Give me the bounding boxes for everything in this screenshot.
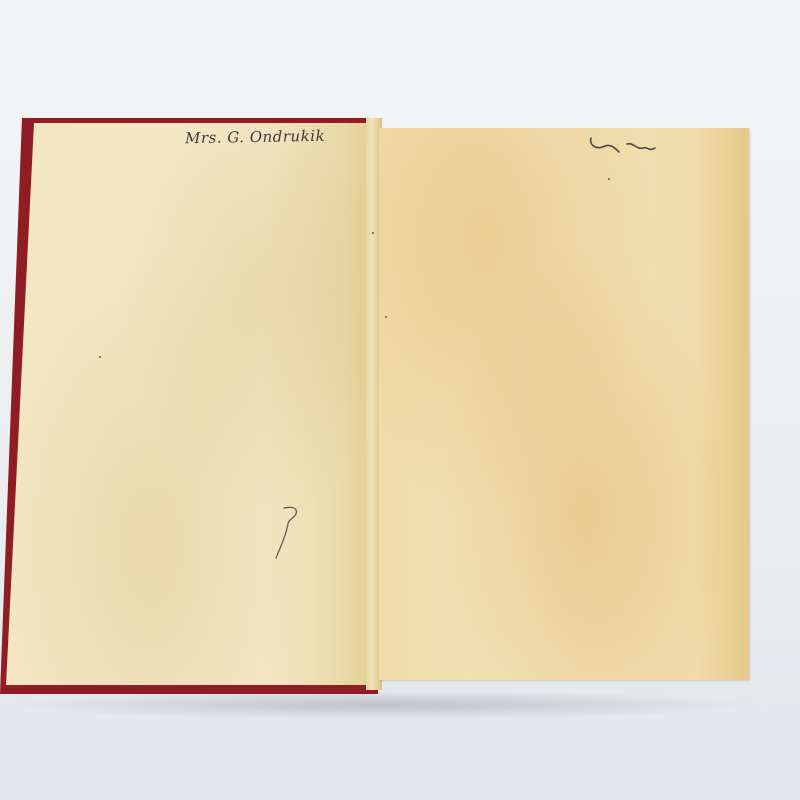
paper-speck xyxy=(385,316,387,318)
owner-inscription: Mrs. G. Ondrukik xyxy=(185,127,325,147)
paper-speck xyxy=(608,178,610,180)
left-endpaper xyxy=(6,123,374,685)
pencil-mark-icon xyxy=(270,502,305,562)
pencil-scribble-icon xyxy=(585,134,660,164)
right-flyleaf xyxy=(379,128,749,680)
book-shadow xyxy=(6,690,756,720)
paper-speck xyxy=(372,232,374,234)
paper-speck xyxy=(99,356,101,358)
